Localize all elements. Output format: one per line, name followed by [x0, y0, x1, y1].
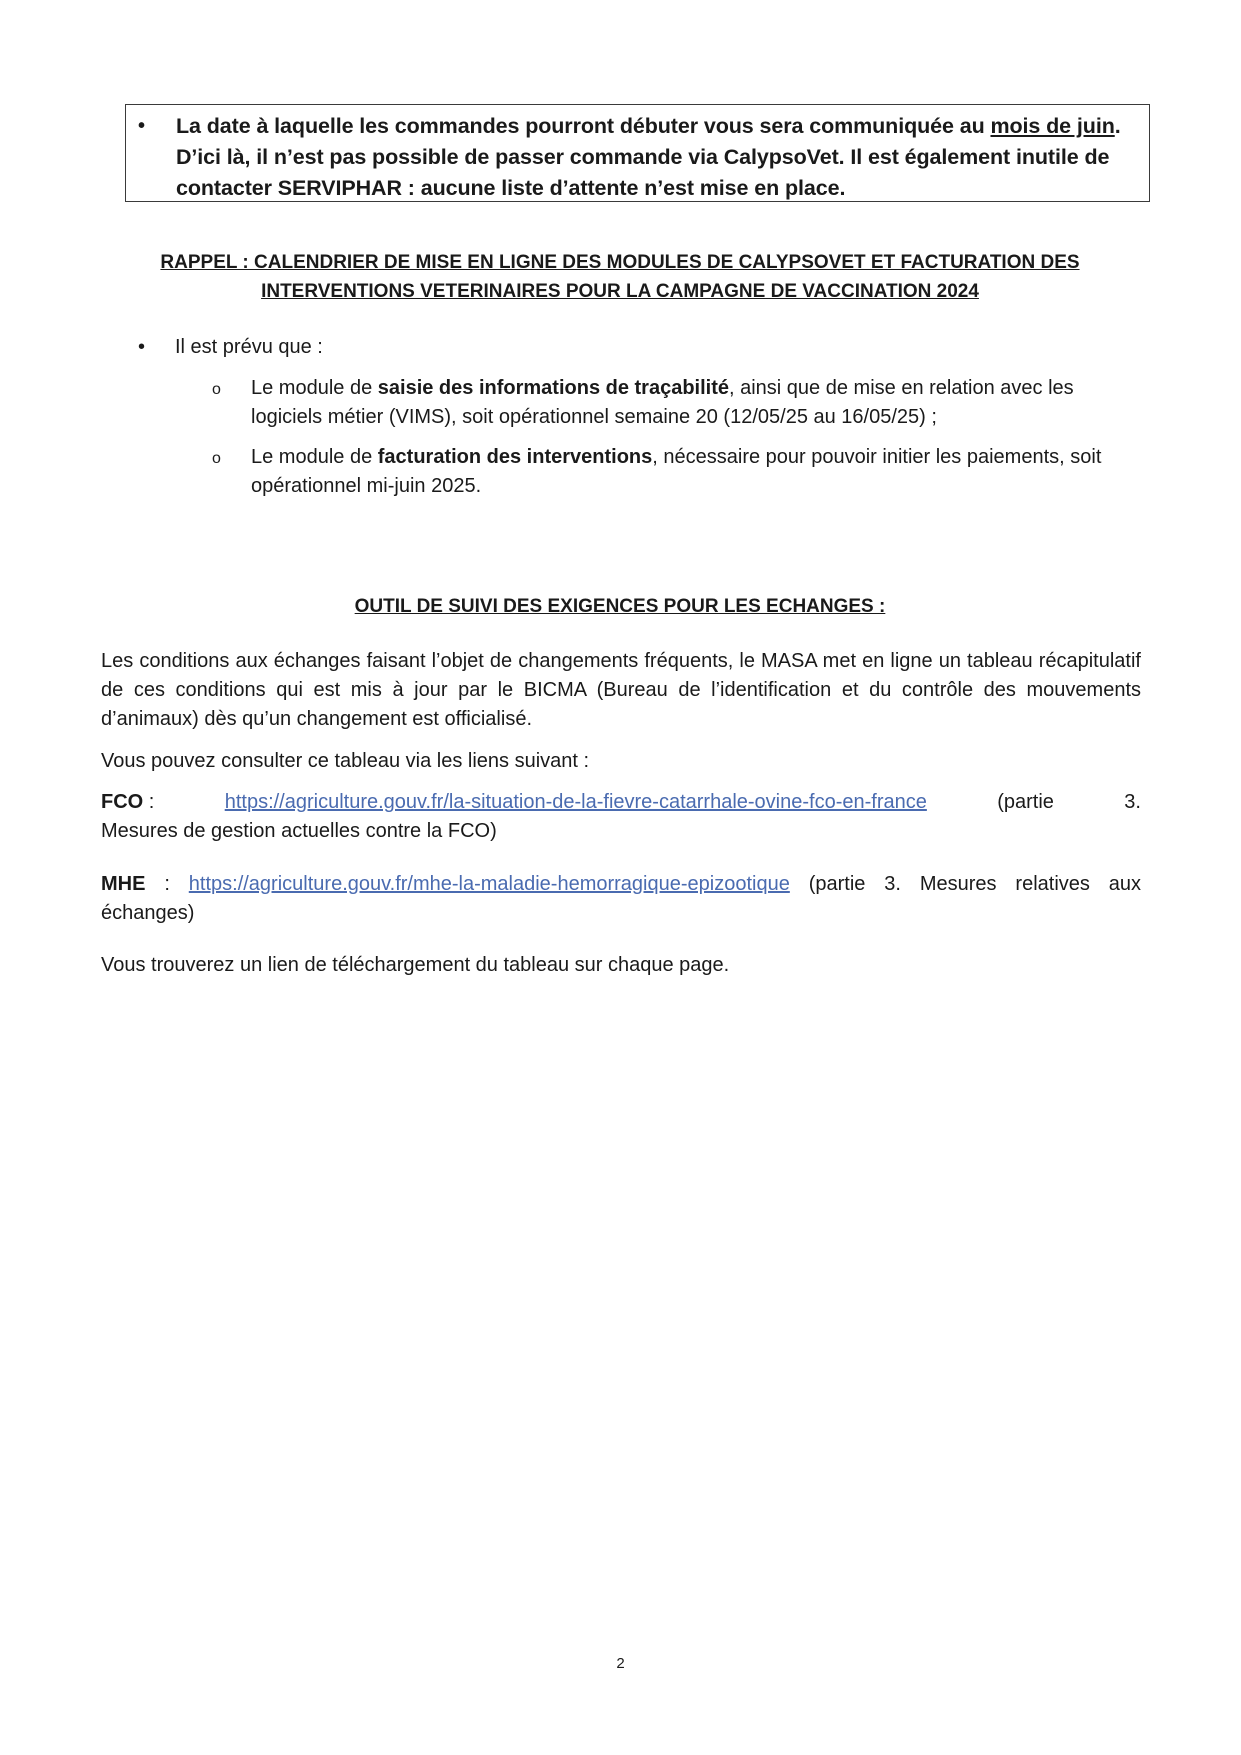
paragraph: Vous pouvez consulter ce tableau via les…	[101, 747, 1141, 776]
notice-text: La date à laquelle les commandes pourron…	[176, 111, 1139, 204]
circle-bullet-icon: o	[212, 375, 221, 404]
mhe-label: MHE	[101, 873, 145, 895]
bullet-icon: •	[138, 336, 145, 359]
notice-box: • La date à laquelle les commandes pourr…	[125, 104, 1150, 202]
fco-link[interactable]: https://agriculture.gouv.fr/la-situation…	[225, 788, 927, 817]
paragraph: Les conditions aux échanges faisant l’ob…	[101, 647, 1141, 734]
section-heading-calendar: RAPPEL : CALENDRIER DE MISE EN LIGNE DES…	[100, 248, 1140, 306]
paragraph: Vous trouverez un lien de téléchargement…	[101, 951, 1141, 980]
circle-bullet-icon: o	[212, 444, 221, 473]
mhe-link-paragraph: MHE : https://agriculture.gouv.fr/mhe-la…	[101, 870, 1141, 928]
bullet-icon: •	[138, 115, 145, 138]
fco-label: FCO	[101, 791, 143, 813]
section-heading-exchanges: OUTIL DE SUIVI DES EXIGENCES POUR LES EC…	[100, 592, 1140, 621]
mhe-link[interactable]: https://agriculture.gouv.fr/mhe-la-malad…	[189, 873, 790, 895]
document-page: • La date à laquelle les commandes pourr…	[0, 0, 1241, 1755]
notice-underlined: mois de juin	[991, 114, 1115, 138]
page-number: 2	[0, 1655, 1241, 1672]
fco-link-paragraph: FCO : https://agriculture.gouv.fr/la-sit…	[101, 788, 1141, 846]
